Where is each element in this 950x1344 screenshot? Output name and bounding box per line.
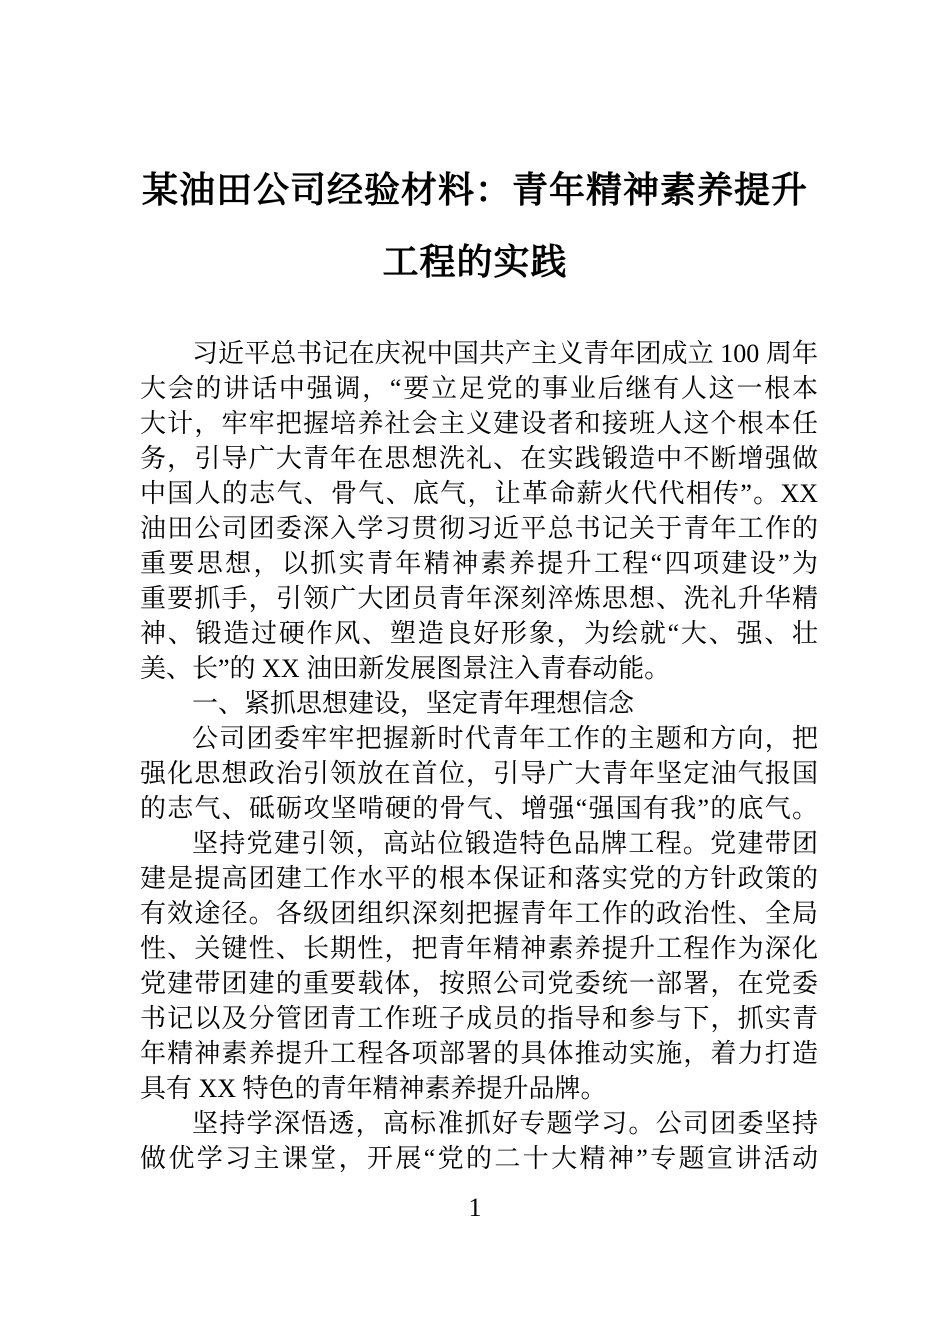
text-line: 坚持党建引领，高站位锻造特色品牌工程。党建带团 (140, 826, 818, 861)
text-line: 性、关键性、长期性，把青年精神素养提升工程作为深化 (140, 931, 818, 966)
text-line: 公司团委牢牢把握新时代青年工作的主题和方向，把 (140, 721, 818, 756)
text-line: 习近平总书记在庆祝中国共产主义青年团成立 100 周年 (140, 336, 818, 371)
text-line: 党建带团建的重要载体，按照公司党委统一部署，在党委 (140, 966, 818, 1001)
text-line: 有效途径。各级团组织深刻把握青年工作的政治性、全局 (140, 896, 818, 931)
text-line: 的志气、砥砺攻坚啃硬的骨气、增强“强国有我”的底气。 (140, 791, 818, 826)
page-number: 1 (0, 1190, 950, 1225)
text-line: 强化思想政治引领放在首位，引导广大青年坚定油气报国 (140, 756, 818, 791)
section-heading: 一、紧抓思想建设，坚定青年理想信念 (140, 686, 818, 721)
text-line: 神、锻造过硬作风、塑造良好形象，为绘就“大、强、壮 (140, 616, 818, 651)
text-line: 美、长”的 XX 油田新发展图景注入青春动能。 (140, 651, 818, 686)
text-line: 做优学习主课堂，开展“党的二十大精神”专题宣讲活动 (140, 1141, 818, 1176)
text-line: 大会的讲话中强调，“要立足党的事业后继有人这一根本 (140, 371, 818, 406)
text-line: 油田公司团委深入学习贯彻习近平总书记关于青年工作的 (140, 511, 818, 546)
text-line: 建是提高团建工作水平的根本保证和落实党的方针政策的 (140, 861, 818, 896)
text-line: 中国人的志气、骨气、底气，让革命薪火代代相传”。XX (140, 476, 818, 511)
text-line: 务，引导广大青年在思想洗礼、在实践锻造中不断增强做 (140, 441, 818, 476)
document-title: 某油田公司经验材料：青年精神素养提升 工程的实践 (0, 154, 950, 298)
document-body: 习近平总书记在庆祝中国共产主义青年团成立 100 周年大会的讲话中强调，“要立足… (140, 336, 818, 1176)
document-title-line-1: 某油田公司经验材料：青年精神素养提升 (0, 154, 950, 226)
text-line: 书记以及分管团青工作班子成员的指导和参与下，抓实青 (140, 1001, 818, 1036)
document-page: 某油田公司经验材料：青年精神素养提升 工程的实践 习近平总书记在庆祝中国共产主义… (0, 0, 950, 1344)
text-line: 年精神素养提升工程各项部署的具体推动实施，着力打造 (140, 1036, 818, 1071)
text-line: 重要思想，以抓实青年精神素养提升工程“四项建设”为 (140, 546, 818, 581)
text-line: 重要抓手，引领广大团员青年深刻淬炼思想、洗礼升华精 (140, 581, 818, 616)
text-line: 具有 XX 特色的青年精神素养提升品牌。 (140, 1071, 818, 1106)
text-line: 大计，牢牢把握培养社会主义建设者和接班人这个根本任 (140, 406, 818, 441)
document-title-line-2: 工程的实践 (0, 226, 950, 298)
text-line: 坚持学深悟透，高标准抓好专题学习。公司团委坚持 (140, 1106, 818, 1141)
